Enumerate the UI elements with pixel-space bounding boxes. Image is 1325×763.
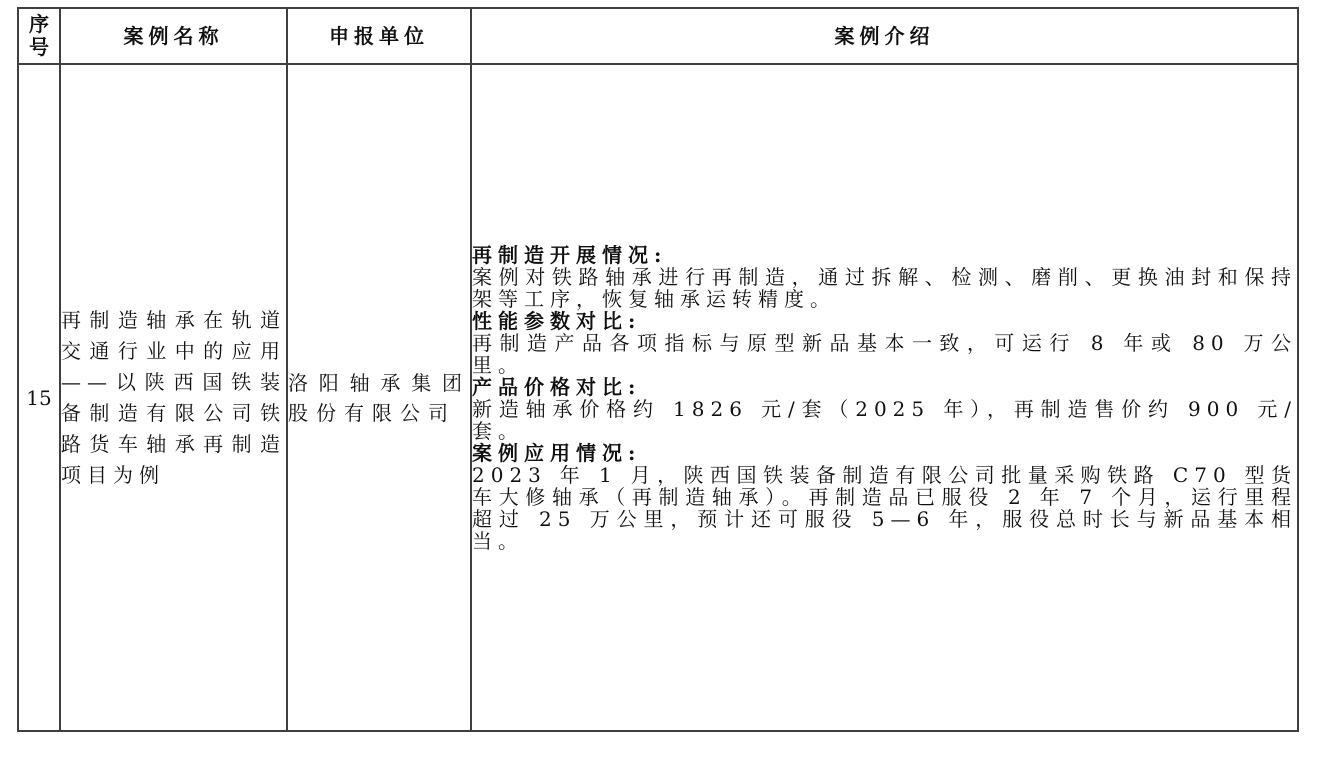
intro-section-price: 产品价格对比: 新造轴承价格约 1826 元/套（2025 年），再制造售价约 … — [472, 376, 1297, 442]
cell-case-name: 再制造轴承在轨道交通行业中的应用——以陕西国铁装备制造有限公司铁路货车轴承再制造… — [60, 64, 287, 731]
header-case-name: 案例名称 — [60, 8, 287, 64]
intro-section-heading: 性能参数对比: — [472, 310, 1297, 332]
intro-section-performance: 性能参数对比: 再制造产品各项指标与原型新品基本一致，可运行 8 年或 80 万… — [472, 310, 1297, 376]
intro-section-body: 新造轴承价格约 1826 元/套（2025 年），再制造售价约 900 元/套。 — [472, 398, 1297, 442]
cell-intro: 再制造开展情况: 案例对铁路轴承进行再制造，通过拆解、检测、磨削、更换油封和保持… — [471, 64, 1298, 731]
table-row: 15 再制造轴承在轨道交通行业中的应用——以陕西国铁装备制造有限公司铁路货车轴承… — [18, 64, 1298, 731]
intro-section-body: 2023 年 1 月，陕西国铁装备制造有限公司批量采购铁路 C70 型货车大修轴… — [472, 464, 1297, 552]
header-index-label: 序号 — [27, 13, 51, 59]
header-intro: 案例介绍 — [471, 8, 1298, 64]
intro-section-heading: 产品价格对比: — [472, 376, 1297, 398]
header-index: 序号 — [18, 8, 60, 64]
cases-table: 序号 案例名称 申报单位 案例介绍 15 再制造轴承在轨道交通行业中的应用——以… — [17, 7, 1299, 732]
applicant-text: 洛阳轴承集团股份有限公司 — [288, 368, 470, 428]
intro-section-body: 再制造产品各项指标与原型新品基本一致，可运行 8 年或 80 万公里。 — [472, 332, 1297, 376]
intro-section-remanufacturing: 再制造开展情况: 案例对铁路轴承进行再制造，通过拆解、检测、磨削、更换油封和保持… — [472, 244, 1297, 310]
intro-section-heading: 案例应用情况: — [472, 442, 1297, 464]
header-applicant: 申报单位 — [287, 8, 471, 64]
case-name-text: 再制造轴承在轨道交通行业中的应用——以陕西国铁装备制造有限公司铁路货车轴承再制造… — [61, 305, 286, 491]
intro-text: 再制造开展情况: 案例对铁路轴承进行再制造，通过拆解、检测、磨削、更换油封和保持… — [472, 244, 1297, 552]
cell-applicant: 洛阳轴承集团股份有限公司 — [287, 64, 471, 731]
table-header-row: 序号 案例名称 申报单位 案例介绍 — [18, 8, 1298, 64]
cell-index: 15 — [18, 64, 60, 731]
intro-section-heading: 再制造开展情况: — [472, 244, 1297, 266]
intro-section-application: 案例应用情况: 2023 年 1 月，陕西国铁装备制造有限公司批量采购铁路 C7… — [472, 442, 1297, 552]
intro-section-body: 案例对铁路轴承进行再制造，通过拆解、检测、磨削、更换油封和保持架等工序，恢复轴承… — [472, 266, 1297, 310]
